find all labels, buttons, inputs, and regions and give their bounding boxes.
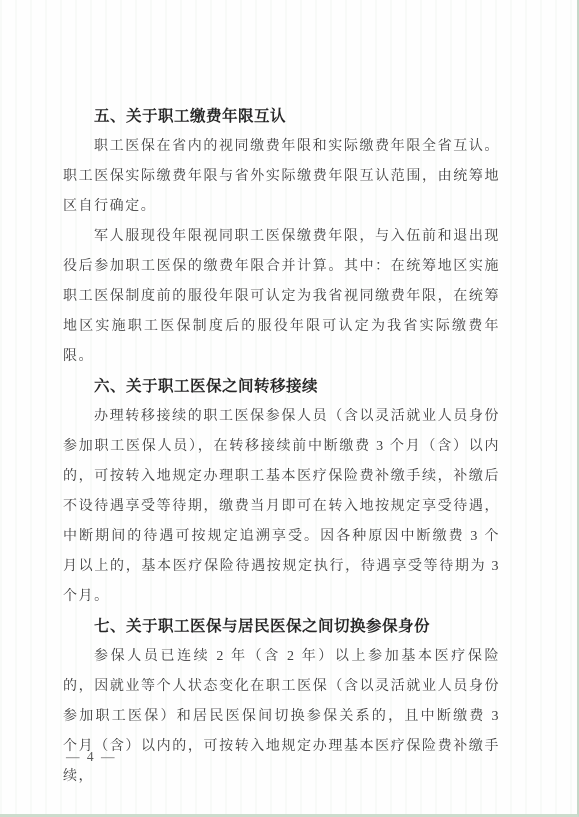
document-content: 五、关于职工缴费年限互认 职工医保在省内的视同缴费年限和实际缴费年限全省互认。职… (63, 102, 500, 792)
body-paragraph: 职工医保在省内的视同缴费年限和实际缴费年限全省互认。职工医保实际缴费年限与省外实… (63, 132, 500, 222)
section-5: 五、关于职工缴费年限互认 职工医保在省内的视同缴费年限和实际缴费年限全省互认。职… (63, 102, 500, 372)
section-7: 七、关于职工医保与居民医保之间切换参保身份 参保人员已连续 2 年（含 2 年）… (63, 612, 500, 792)
body-paragraph: 办理转移接续的职工医保参保人员（含以灵活就业人员身份参加职工医保人员），在转移接… (63, 402, 500, 612)
scanned-document-page: 五、关于职工缴费年限互认 职工医保在省内的视同缴费年限和实际缴费年限全省互认。职… (0, 0, 579, 817)
body-paragraph: 军人服现役年限视同职工医保缴费年限，与入伍前和退出现役后参加职工医保的缴费年限合… (63, 222, 500, 372)
page-number: — 4 — (66, 748, 117, 766)
section-6: 六、关于职工医保之间转移接续 办理转移接续的职工医保参保人员（含以灵活就业人员身… (63, 372, 500, 612)
section-heading: 七、关于职工医保与居民医保之间切换参保身份 (63, 612, 500, 642)
section-heading: 五、关于职工缴费年限互认 (63, 102, 500, 132)
body-paragraph: 参保人员已连续 2 年（含 2 年）以上参加基本医疗保险的，因就业等个人状态变化… (63, 642, 500, 792)
section-heading: 六、关于职工医保之间转移接续 (63, 372, 500, 402)
